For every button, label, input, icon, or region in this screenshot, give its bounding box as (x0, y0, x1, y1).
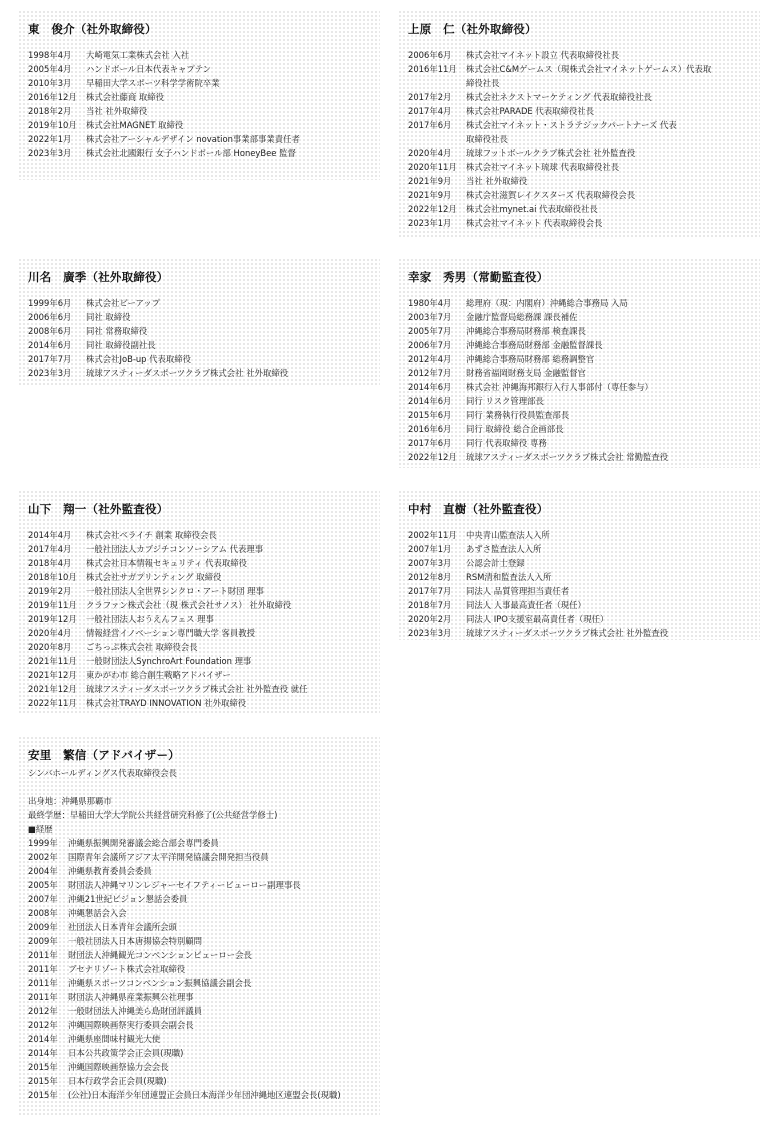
history-row: 2017年4月株式会社PARADE 代表取締役社長 (408, 104, 750, 118)
history-text: 株式会社mynet.ai 代表取締役社長 (466, 202, 750, 216)
history-date: 2021年12月 (28, 682, 86, 696)
history-date: 2015年 (28, 1088, 68, 1102)
history-row: 2009年社団法人日本青年会議所会頭 (28, 920, 370, 934)
history-date: 2014年4月 (28, 528, 86, 542)
profile-card-yamashita: 山下 翔一（社外監査役） 2014年4月株式会社ベライチ 創業 取締役会長 20… (18, 490, 380, 714)
history-text: 同法人 人事最高責任者（現任） (466, 598, 750, 612)
history-text: 一般財団法人SynchroArt Foundation 理事 (86, 654, 370, 668)
history-row: 2012年7月財務省福岡財務支局 金融監督官 (408, 366, 750, 380)
history-row: 2011年財団法人沖縄県産業振興公社理事 (28, 990, 370, 1004)
history-row: 2021年12月琉球アスティーダスポーツクラブ株式会社 社外監査役 就任 (28, 682, 370, 696)
history-date: 1999年 (28, 836, 68, 850)
history-date: 2007年3月 (408, 556, 466, 570)
history-row: 2005年7月沖縄総合事務局財務部 検査課長 (408, 324, 750, 338)
history-row: 2021年9月株式会社滋賀レイクスターズ 代表取締役会長 (408, 188, 750, 202)
history-text: (公社)日本海洋少年団連盟正会員日本海洋少年団沖縄地区連盟会長(現職) (68, 1088, 370, 1102)
history-row: 2019年10月株式会社MAGNET 取締役 (28, 118, 370, 132)
education: 最終学歴：早稲田大学大学院公共経営研究科修了(公共経営学修士) (28, 808, 370, 822)
profile-card-kawana: 川名 廣季（社外取締役） 1999年6月株式会社ビーアップ 2006年6月同社 … (18, 258, 380, 386)
history-date: 2007年 (28, 892, 68, 906)
history-text: 当社 社外取締役 (86, 104, 370, 118)
history-date: 2016年6月 (408, 422, 466, 436)
history-text: 金融庁監督局総務課 課長補佐 (466, 310, 750, 324)
history-row: 2006年7月沖縄総合事務局財務部 金融監督課長 (408, 338, 750, 352)
history-text: 公認会計士登録 (466, 556, 750, 570)
history-text: 同行 取締役 総合企画部長 (466, 422, 750, 436)
history-row: 2005年4月ハンドボール日本代表キャプテン (28, 62, 370, 76)
history-row: 2006年6月株式会社マイネット設立 代表取締役社長 (408, 48, 750, 62)
history-row: 1980年4月総理府（現：内閣府）沖縄総合事務局 入局 (408, 296, 750, 310)
birthplace: 出身地：沖縄県那覇市 (28, 794, 370, 808)
history-row: 2019年12月一般社団法人おうえんフェス 理事 (28, 612, 370, 626)
history-list: 2014年4月株式会社ベライチ 創業 取締役会長 2017年4月一般社団法人カブ… (28, 528, 370, 710)
history-text: 沖縄総合事務局財務部 金融監督課長 (466, 338, 750, 352)
history-row: 2011年財団法人沖縄観光コンベンションビューロー会長 (28, 948, 370, 962)
history-date: 2006年6月 (408, 48, 466, 62)
profile-name: 中村 直樹（社外監査役） (408, 500, 750, 518)
history-text: 株式会社藤商 取締役 (86, 90, 370, 104)
history-text: 一般社団法人カブジチコンソーシアム 代表理事 (86, 542, 370, 556)
history-row: 2018年4月株式会社日本情報セキュリティ 代表取締役 (28, 556, 370, 570)
history-date: 2012年4月 (408, 352, 466, 366)
history-date: 2012年7月 (408, 366, 466, 380)
history-text: 株式会社サガプリンティング 取締役 (86, 570, 370, 584)
history-row: 2023年3月琉球アスティーダスポーツクラブ株式会社 社外監査役 (408, 626, 750, 640)
history-date: 2012年 (28, 1018, 68, 1032)
history-date: 2023年3月 (408, 626, 466, 640)
history-text: 早稲田大学スポーツ科学学術院卒業 (86, 76, 370, 90)
history-list: 2002年11月中央青山監査法人入所 2007年1月あずさ監査法人入所 2007… (408, 528, 750, 640)
history-row: 2002年国際青年会議所アジア太平洋開発協議会開発担当役員 (28, 850, 370, 864)
history-text: 沖縄国際映画祭実行委員会副会長 (68, 1018, 370, 1032)
history-date: 2023年1月 (408, 216, 466, 230)
history-text: 沖縄国際映画祭協力会会長 (68, 1060, 370, 1074)
history-row: 2014年6月株式会社 沖縄海邦銀行入行人事部付（専任参与） (408, 380, 750, 394)
history-row: 2012年8月RSM清和監査法人入所 (408, 570, 750, 584)
history-date: 2018年2月 (28, 104, 86, 118)
history-row: 2019年2月一般社団法人全世界シンクロ・アート財団 理事 (28, 584, 370, 598)
history-row: 2002年11月中央青山監査法人入所 (408, 528, 750, 542)
history-text: クラファン株式会社（現 株式会社サノス） 社外取締役 (86, 598, 370, 612)
history-row: 2017年4月一般社団法人カブジチコンソーシアム 代表理事 (28, 542, 370, 556)
history-text: 琉球アスティーダスポーツクラブ株式会社 社外監査役 (466, 626, 750, 640)
history-date: 2007年1月 (408, 542, 466, 556)
history-date: 2018年4月 (28, 556, 86, 570)
history-row: 1998年4月大崎電気工業株式会社 入社 (28, 48, 370, 62)
profile-name: 上原 仁（社外取締役） (408, 20, 750, 38)
history-row: 2008年6月同社 常務取締役 (28, 324, 370, 338)
history-text: 財務省福岡財務支局 金融監督官 (466, 366, 750, 380)
history-date: 2016年11月 (408, 62, 466, 90)
history-date: 2016年12月 (28, 90, 86, 104)
history-date: 2022年1月 (28, 132, 86, 146)
history-text: 財団法人沖縄観光コンベンションビューロー会長 (68, 948, 370, 962)
history-date: 2014年6月 (28, 338, 86, 352)
history-date: 2008年 (28, 906, 68, 920)
history-date: 2022年12月 (408, 202, 466, 216)
history-row: 2012年沖縄国際映画祭実行委員会副会長 (28, 1018, 370, 1032)
history-row: 1999年6月株式会社ビーアップ (28, 296, 370, 310)
history-row: 2020年8月ごちっぷ株式会社 取締役会長 (28, 640, 370, 654)
history-date: 2015年6月 (408, 408, 466, 422)
history-date: 2006年6月 (28, 310, 86, 324)
history-date: 2019年12月 (28, 612, 86, 626)
history-row: 2018年10月株式会社サガプリンティング 取締役 (28, 570, 370, 584)
history-row: 2009年一般社団法人日本唐揚協会特別顧問 (28, 934, 370, 948)
history-row: 2017年2月株式会社ネクストマーケティング 代表取締役社長 (408, 90, 750, 104)
history-text: 琉球アスティーダスポーツクラブ株式会社 社外監査役 就任 (86, 682, 370, 696)
history-text: 同社 常務取締役 (86, 324, 370, 338)
history-text: 沖縄総合事務局財務部 検査課長 (466, 324, 750, 338)
history-text: 同行 業務執行役員監査部長 (466, 408, 750, 422)
history-row: 2012年一般財団法人沖縄美ら島財団評議員 (28, 1004, 370, 1018)
history-text: 株式会社マイネット・ストラテジックパートナーズ 代表取締役社長 (466, 118, 681, 146)
history-text: 株式会社アーシャルデザイン novation事業部事業責任者 (86, 132, 370, 146)
history-text: あずさ監査法人入所 (466, 542, 750, 556)
history-date: 2021年12月 (28, 668, 86, 682)
history-text: 琉球アスティーダスポーツクラブ株式会社 社外取締役 (86, 366, 370, 380)
history-row: 2020年2月同法人 IPO支援室最高責任者（現任） (408, 612, 750, 626)
history-row: 2022年12月株式会社mynet.ai 代表取締役社長 (408, 202, 750, 216)
history-row: 2015年(公社)日本海洋少年団連盟正会員日本海洋少年団沖縄地区連盟会長(現職) (28, 1088, 370, 1102)
profile-name: 幸家 秀男（常勤監査役） (408, 268, 750, 286)
history-row: 2016年12月株式会社藤商 取締役 (28, 90, 370, 104)
history-date: 2009年 (28, 934, 68, 948)
history-row: 2007年1月あずさ監査法人入所 (408, 542, 750, 556)
history-text: 沖縄県スポーツコンベンション振興協議会副会長 (68, 976, 370, 990)
profile-name: 川名 廣季（社外取締役） (28, 268, 370, 286)
history-list: 1980年4月総理府（現：内閣府）沖縄総合事務局 入局 2003年7月金融庁監督… (408, 296, 750, 464)
history-row: 2015年6月同行 業務執行役員監査部長 (408, 408, 750, 422)
history-text: ブセナリゾート株式会社取締役 (68, 962, 370, 976)
history-date: 2005年 (28, 878, 68, 892)
history-date: 2012年8月 (408, 570, 466, 584)
history-text: 株式会社ビーアップ (86, 296, 370, 310)
history-text: 株式会社JoB-up 代表取締役 (86, 352, 370, 366)
history-text: 沖縄懇話会入会 (68, 906, 370, 920)
history-text: 琉球アスティーダスポーツクラブ株式会社 常勤監査役 (466, 450, 750, 464)
history-text: 財団法人沖縄県産業振興公社理事 (68, 990, 370, 1004)
history-date: 2005年7月 (408, 324, 466, 338)
history-date: 2004年 (28, 864, 68, 878)
history-text: 沖縄総合事務局財務部 総務調整官 (466, 352, 750, 366)
history-text: 大崎電気工業株式会社 入社 (86, 48, 370, 62)
history-text: 株式会社マイネット 代表取締役会長 (466, 216, 750, 230)
history-text: ハンドボール日本代表キャプテン (86, 62, 370, 76)
history-date: 2021年9月 (408, 174, 466, 188)
history-date: 2017年4月 (408, 104, 466, 118)
history-text: 総理府（現：内閣府）沖縄総合事務局 入局 (466, 296, 750, 310)
history-row: 2012年4月沖縄総合事務局財務部 総務調整官 (408, 352, 750, 366)
history-row: 2020年4月情報経営イノベーション専門職大学 客員教授 (28, 626, 370, 640)
history-date: 2011年 (28, 990, 68, 1004)
history-row: 2020年4月琉球フットボールクラブ株式会社 社外監査役 (408, 146, 750, 160)
history-row: 2008年沖縄懇話会入会 (28, 906, 370, 920)
history-date: 2018年7月 (408, 598, 466, 612)
history-date: 2003年7月 (408, 310, 466, 324)
history-row: 2021年12月東かがわ市 総合創生戦略アドバイザー (28, 668, 370, 682)
history-date: 2014年 (28, 1032, 68, 1046)
history-row: 2021年11月一般財団法人SynchroArt Foundation 理事 (28, 654, 370, 668)
history-row: 2006年6月同社 取締役 (28, 310, 370, 324)
history-row: 2004年沖縄県教育委員会委員 (28, 864, 370, 878)
history-text: 琉球フットボールクラブ株式会社 社外監査役 (466, 146, 750, 160)
history-date: 2015年 (28, 1060, 68, 1074)
history-row: 2010年3月早稲田大学スポーツ科学学術院卒業 (28, 76, 370, 90)
history-date: 2005年4月 (28, 62, 86, 76)
history-text: 沖縄21世紀ビジョン懇話会委員 (68, 892, 370, 906)
history-row: 2023年3月琉球アスティーダスポーツクラブ株式会社 社外取締役 (28, 366, 370, 380)
history-text: 株式会社C&Mゲームス（現株式会社マイネットゲームス）代表取締役社長 (466, 62, 716, 90)
history-date: 1980年4月 (408, 296, 466, 310)
history-text: 日本行政学会正会員(現職) (68, 1074, 370, 1088)
history-date: 2009年 (28, 920, 68, 934)
history-date: 2017年6月 (408, 436, 466, 450)
history-date: 2008年6月 (28, 324, 86, 338)
history-row: 2017年6月同行 代表取締役 専務 (408, 436, 750, 450)
history-text: 東かがわ市 総合創生戦略アドバイザー (86, 668, 370, 682)
history-row: 2011年ブセナリゾート株式会社取締役 (28, 962, 370, 976)
history-text: 株式会社MAGNET 取締役 (86, 118, 370, 132)
history-row: 2014年6月同社 取締役副社長 (28, 338, 370, 352)
history-row: 2017年6月株式会社マイネット・ストラテジックパートナーズ 代表取締役社長 (408, 118, 750, 146)
history-date: 2002年 (28, 850, 68, 864)
history-row: 2003年7月金融庁監督局総務課 課長補佐 (408, 310, 750, 324)
history-text: 日本公共政策学会正会員(現職) (68, 1046, 370, 1060)
history-text: 株式会社PARADE 代表取締役社長 (466, 104, 750, 118)
history-date: 2011年 (28, 962, 68, 976)
profile-card-uehara: 上原 仁（社外取締役） 2006年6月株式会社マイネット設立 代表取締役社長 2… (398, 10, 760, 238)
history-text: 株式会社 沖縄海邦銀行入行人事部付（専任参与） (466, 380, 750, 394)
history-date: 2018年10月 (28, 570, 86, 584)
history-row: 2017年7月同法人 品質管理担当責任者 (408, 584, 750, 598)
history-list: 1999年6月株式会社ビーアップ 2006年6月同社 取締役 2008年6月同社… (28, 296, 370, 380)
history-text: 中央青山監査法人入所 (466, 528, 750, 542)
history-date: 2017年4月 (28, 542, 86, 556)
profile-name: 山下 翔一（社外監査役） (28, 500, 370, 518)
profile-subtitle: シンバホールディングス代表取締役会長 (28, 766, 370, 780)
history-text: 株式会社ネクストマーケティング 代表取締役社長 (466, 90, 750, 104)
history-row: 2005年財団法人沖縄マリンレジャーセイフティービューロー副理事長 (28, 878, 370, 892)
history-text: 沖縄県座間味村観光大使 (68, 1032, 370, 1046)
history-text: 株式会社ベライチ 創業 取締役会長 (86, 528, 370, 542)
history-row: 2011年沖縄県スポーツコンベンション振興協議会副会長 (28, 976, 370, 990)
history-date: 2023年3月 (28, 146, 86, 160)
history-row: 2015年日本行政学会正会員(現職) (28, 1074, 370, 1088)
history-date: 2017年6月 (408, 118, 466, 146)
history-text: 株式会社TRAYD INNOVATION 社外取締役 (86, 696, 370, 710)
history-date: 2020年4月 (408, 146, 466, 160)
profile-card-koya: 幸家 秀男（常勤監査役） 1980年4月総理府（現：内閣府）沖縄総合事務局 入局… (398, 258, 760, 468)
history-date: 2020年11月 (408, 160, 466, 174)
history-date: 2020年4月 (28, 626, 86, 640)
history-date: 2019年2月 (28, 584, 86, 598)
history-row: 2018年2月当社 社外取締役 (28, 104, 370, 118)
history-row: 2022年1月株式会社アーシャルデザイン novation事業部事業責任者 (28, 132, 370, 146)
history-date: 2019年10月 (28, 118, 86, 132)
history-text: 株式会社マイネット琉球 代表取締役社長 (466, 160, 750, 174)
history-row: 2019年11月クラファン株式会社（現 株式会社サノス） 社外取締役 (28, 598, 370, 612)
history-heading: ■経歴 (28, 822, 370, 836)
history-text: 株式会社日本情報セキュリティ 代表取締役 (86, 556, 370, 570)
history-date: 2002年11月 (408, 528, 466, 542)
history-date: 2021年9月 (408, 188, 466, 202)
history-row: 2023年3月株式会社北國銀行 女子ハンドボール部 HoneyBee 監督 (28, 146, 370, 160)
history-row: 2022年11月株式会社TRAYD INNOVATION 社外取締役 (28, 696, 370, 710)
history-row: 2014年沖縄県座間味村観光大使 (28, 1032, 370, 1046)
history-text: 株式会社滋賀レイクスターズ 代表取締役会長 (466, 188, 750, 202)
history-date: 2015年 (28, 1074, 68, 1088)
history-date: 2012年 (28, 1004, 68, 1018)
history-row: 2015年沖縄国際映画祭協力会会長 (28, 1060, 370, 1074)
history-row: 2020年11月株式会社マイネット琉球 代表取締役社長 (408, 160, 750, 174)
history-row: 2014年日本公共政策学会正会員(現職) (28, 1046, 370, 1060)
history-row: 2014年6月同行 リスク管理部長 (408, 394, 750, 408)
history-text: RSM清和監査法人入所 (466, 570, 750, 584)
history-row: 2016年6月同行 取締役 総合企画部長 (408, 422, 750, 436)
profile-card-higashi: 東 俊介（社外取締役） 1998年4月大崎電気工業株式会社 入社 2005年4月… (18, 10, 380, 180)
history-date: 2023年3月 (28, 366, 86, 380)
history-row: 2021年9月当社 社外取締役 (408, 174, 750, 188)
history-list: 1998年4月大崎電気工業株式会社 入社 2005年4月ハンドボール日本代表キャ… (28, 48, 370, 160)
history-text: ごちっぷ株式会社 取締役会長 (86, 640, 370, 654)
history-date: 2020年2月 (408, 612, 466, 626)
history-list: 1999年沖縄県振興開発審議会総合部会専門委員 2002年国際青年会議所アジア太… (28, 836, 370, 1102)
history-text: 同社 取締役 (86, 310, 370, 324)
history-text: 当社 社外取締役 (466, 174, 750, 188)
history-date: 2014年 (28, 1046, 68, 1060)
history-text: 一般社団法人日本唐揚協会特別顧問 (68, 934, 370, 948)
history-date: 2014年6月 (408, 394, 466, 408)
profile-card-nakamura: 中村 直樹（社外監査役） 2002年11月中央青山監査法人入所 2007年1月あ… (398, 490, 760, 640)
history-row: 2007年3月公認会計士登録 (408, 556, 750, 570)
history-text: 同行 代表取締役 専務 (466, 436, 750, 450)
history-date: 2017年7月 (408, 584, 466, 598)
history-text: 社団法人日本青年会議所会頭 (68, 920, 370, 934)
history-text: 情報経営イノベーション専門職大学 客員教授 (86, 626, 370, 640)
history-date: 2021年11月 (28, 654, 86, 668)
history-text: 株式会社北國銀行 女子ハンドボール部 HoneyBee 監督 (86, 146, 370, 160)
history-text: 沖縄県振興開発審議会総合部会専門委員 (68, 836, 370, 850)
history-row: 2014年4月株式会社ベライチ 創業 取締役会長 (28, 528, 370, 542)
history-date: 2019年11月 (28, 598, 86, 612)
history-text: 沖縄県教育委員会委員 (68, 864, 370, 878)
history-text: 一般財団法人沖縄美ら島財団評議員 (68, 1004, 370, 1018)
profile-card-asato: 安里 繁信（アドバイザー） シンバホールディングス代表取締役会長 出身地：沖縄県… (18, 736, 380, 1116)
history-date: 1999年6月 (28, 296, 86, 310)
history-row: 2018年7月同法人 人事最高責任者（現任） (408, 598, 750, 612)
history-text: 一般社団法人おうえんフェス 理事 (86, 612, 370, 626)
history-text: 同行 リスク管理部長 (466, 394, 750, 408)
history-row: 2023年1月株式会社マイネット 代表取締役会長 (408, 216, 750, 230)
history-row: 2022年12月琉球アスティーダスポーツクラブ株式会社 常勤監査役 (408, 450, 750, 464)
history-text: 株式会社マイネット設立 代表取締役社長 (466, 48, 750, 62)
history-date: 2022年12月 (408, 450, 466, 464)
history-date: 2020年8月 (28, 640, 86, 654)
history-date: 2022年11月 (28, 696, 86, 710)
history-date: 2011年 (28, 976, 68, 990)
history-date: 2014年6月 (408, 380, 466, 394)
history-row: 1999年沖縄県振興開発審議会総合部会専門委員 (28, 836, 370, 850)
profile-name: 安里 繁信（アドバイザー） (28, 746, 370, 764)
history-text: 国際青年会議所アジア太平洋開発協議会開発担当役員 (68, 850, 370, 864)
history-text: 一般社団法人全世界シンクロ・アート財団 理事 (86, 584, 370, 598)
history-row: 2016年11月株式会社C&Mゲームス（現株式会社マイネットゲームス）代表取締役… (408, 62, 750, 90)
history-list: 2006年6月株式会社マイネット設立 代表取締役社長 2016年11月株式会社C… (408, 48, 750, 230)
history-text: 同法人 品質管理担当責任者 (466, 584, 750, 598)
profile-name: 東 俊介（社外取締役） (28, 20, 370, 38)
history-date: 2017年7月 (28, 352, 86, 366)
history-text: 同社 取締役副社長 (86, 338, 370, 352)
history-text: 財団法人沖縄マリンレジャーセイフティービューロー副理事長 (68, 878, 370, 892)
history-date: 2011年 (28, 948, 68, 962)
history-date: 2017年2月 (408, 90, 466, 104)
history-row: 2007年沖縄21世紀ビジョン懇話会委員 (28, 892, 370, 906)
history-text: 同法人 IPO支援室最高責任者（現任） (466, 612, 750, 626)
history-row: 2017年7月株式会社JoB-up 代表取締役 (28, 352, 370, 366)
history-date: 2006年7月 (408, 338, 466, 352)
history-date: 2010年3月 (28, 76, 86, 90)
history-date: 1998年4月 (28, 48, 86, 62)
